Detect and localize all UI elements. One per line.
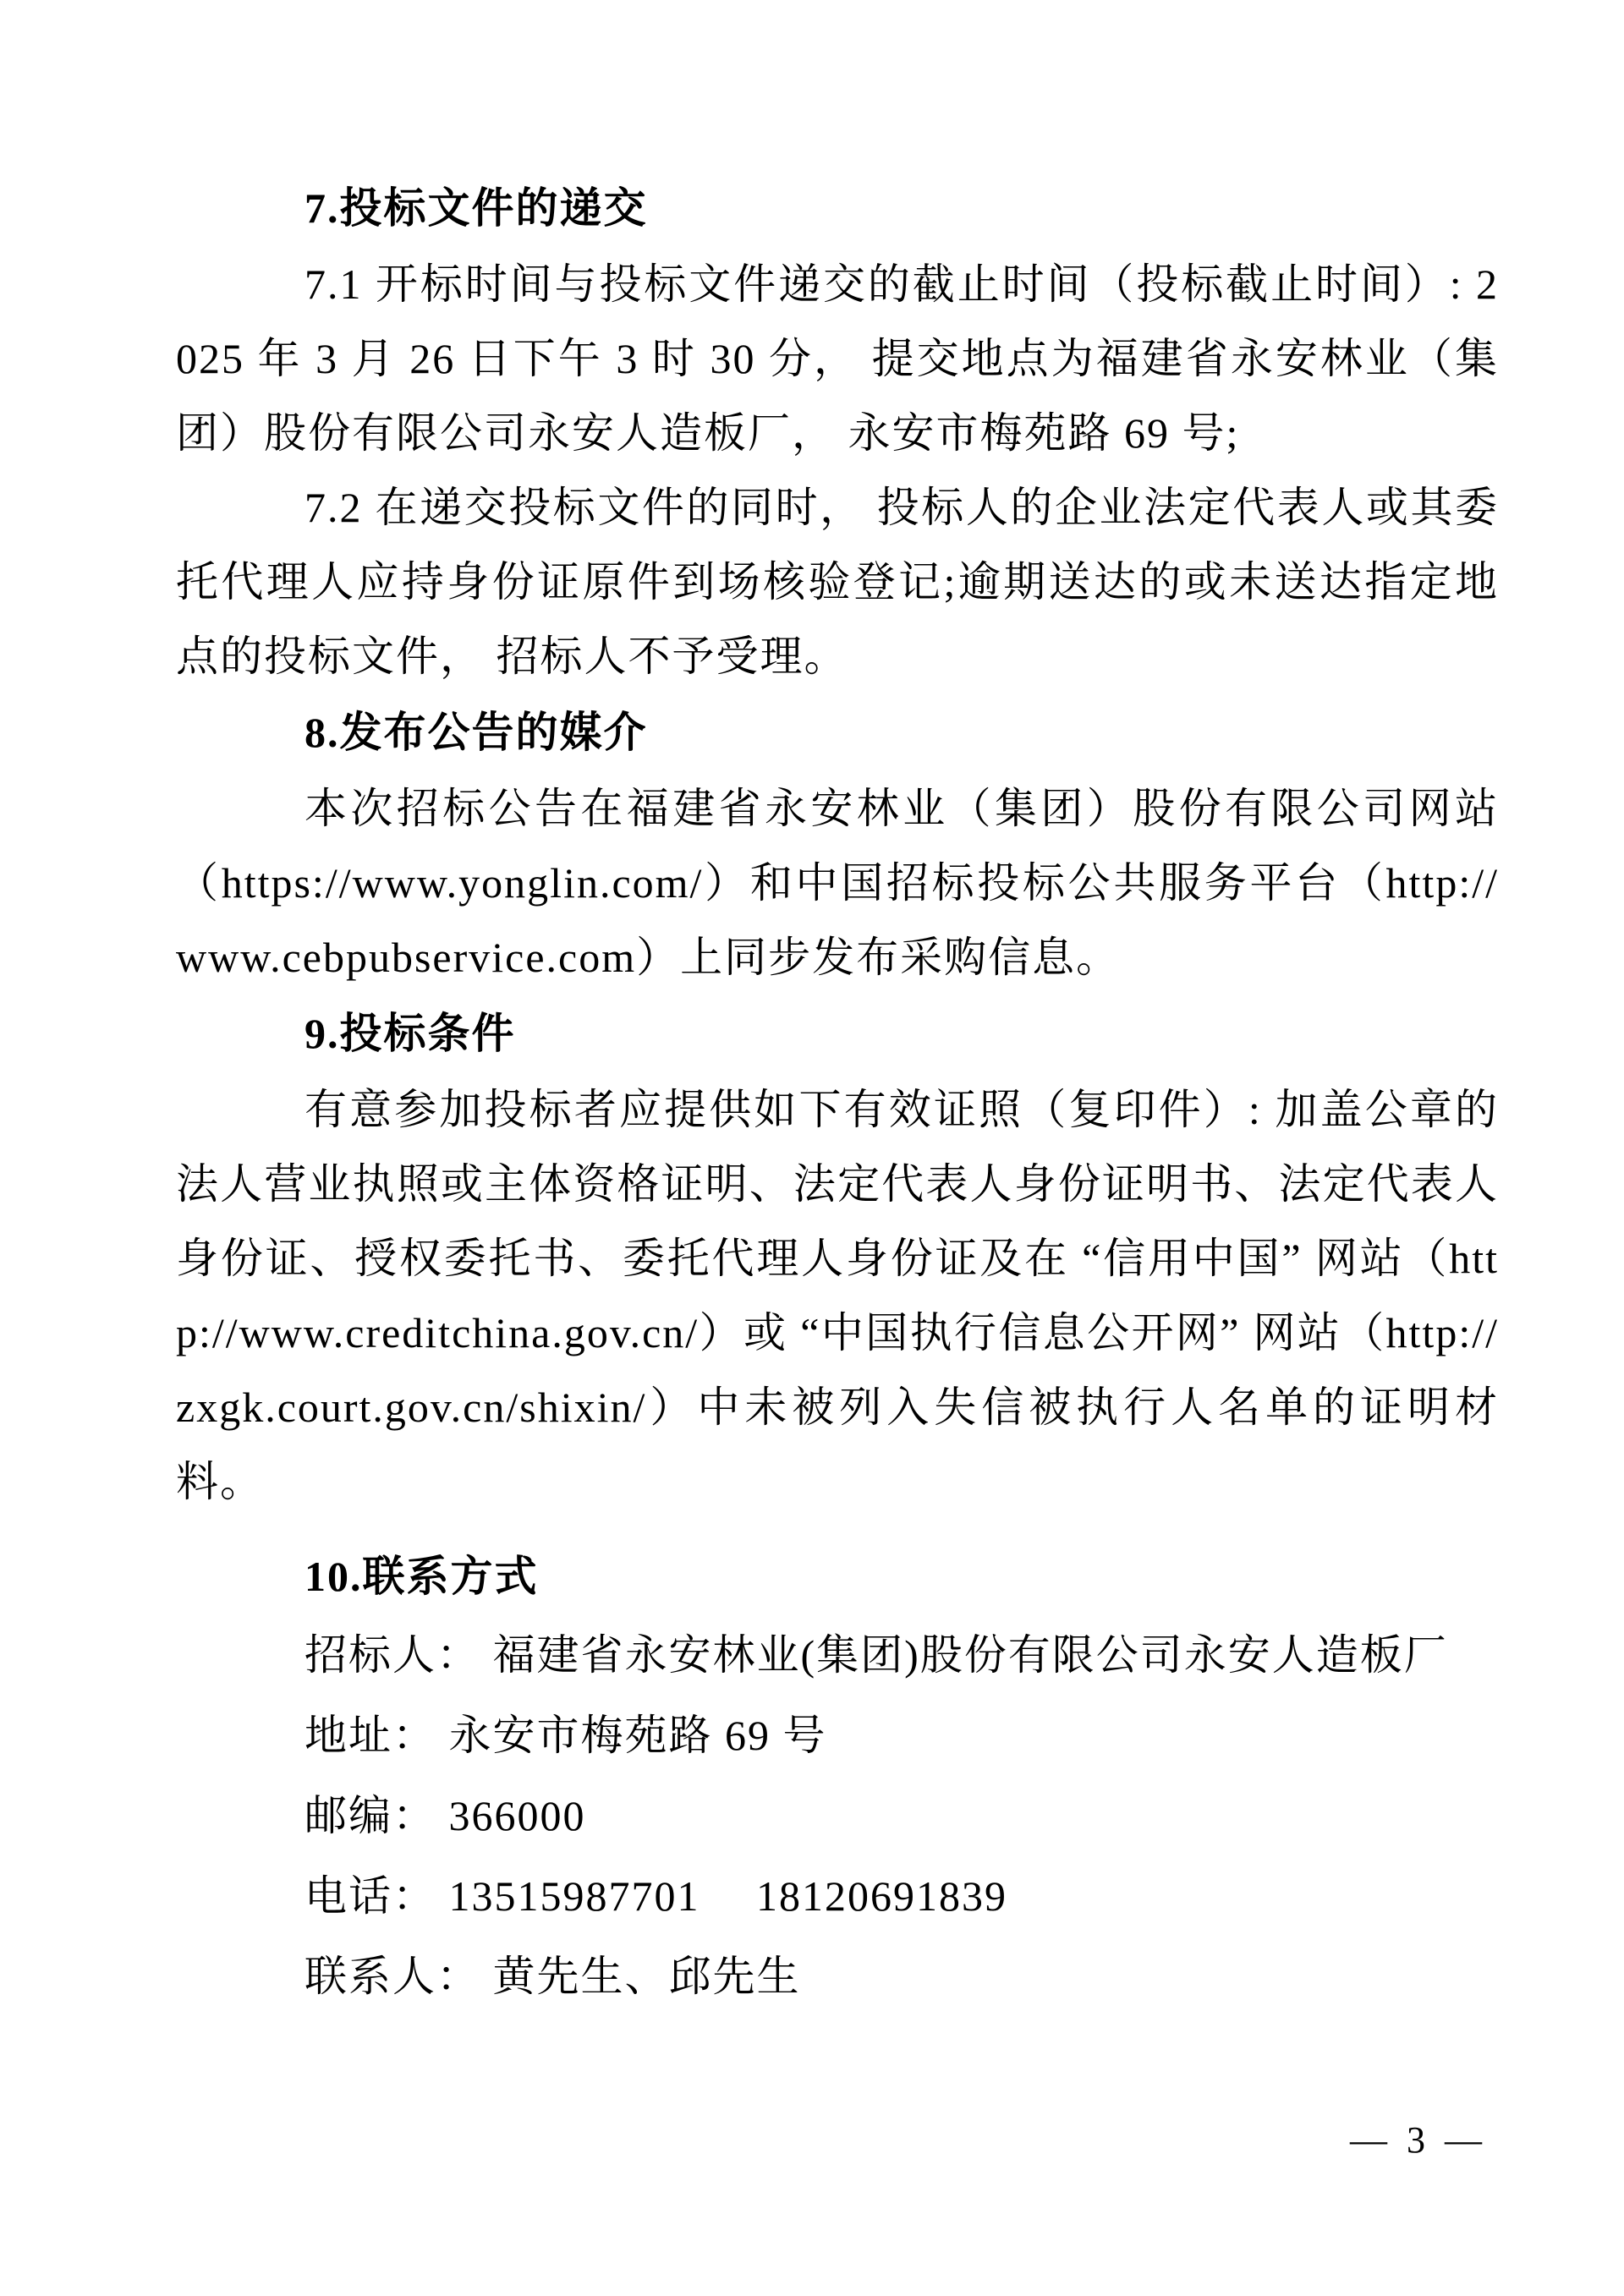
section-7-paragraph-2: 7.2 在递交投标文件的同时， 投标人的企业法定代表人或其委托代理人应持身份证原… xyxy=(176,470,1499,693)
contact-person-line: 联系人： 黄先生、邱先生 xyxy=(176,1937,1499,2017)
section-7-paragraph-1: 7.1 开标时间与投标文件递交的截止时间（投标截止时间）: 2025 年 3 月… xyxy=(176,247,1499,470)
section-10-heading: 10.联系方式 xyxy=(176,1537,1499,1615)
section-9-paragraph-1: 有意参加投标者应提供如下有效证照（复印件）: 加盖公章的法人营业执照或主体资格证… xyxy=(176,1072,1499,1519)
page-number: — 3 — xyxy=(1350,2118,1487,2162)
document-page: 7.投标文件的递交 7.1 开标时间与投标文件递交的截止时间（投标截止时间）: … xyxy=(0,0,1624,2296)
section-8-paragraph-1: 本次招标公告在福建省永安林业（集团）股份有限公司网站（https://www.y… xyxy=(176,771,1499,995)
contact-postcode-line: 邮编： 366000 xyxy=(176,1776,1499,1856)
section-9-heading: 9.投标条件 xyxy=(176,995,1499,1072)
contact-address-line: 地址： 永安市梅苑路 69 号 xyxy=(176,1696,1499,1776)
section-7-heading: 7.投标文件的递交 xyxy=(176,169,1499,247)
document-content: 7.投标文件的递交 7.1 开标时间与投标文件递交的截止时间（投标截止时间）: … xyxy=(176,169,1499,2017)
contact-tenderer-line: 招标人： 福建省永安林业(集团)股份有限公司永安人造板厂 xyxy=(176,1615,1499,1696)
contact-phone-line: 电话： 13515987701 18120691839 xyxy=(176,1856,1499,1937)
section-8-heading: 8.发布公告的媒介 xyxy=(176,693,1499,771)
